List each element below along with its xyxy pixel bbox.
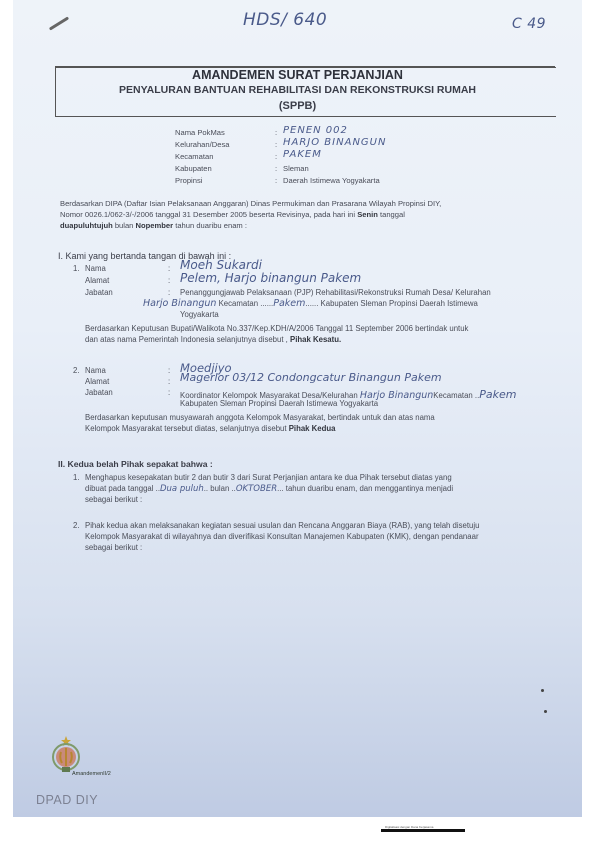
info-value-handwritten: HARJO BINANGUN bbox=[283, 137, 386, 148]
handwritten-kecamatan: Pakem bbox=[273, 298, 305, 309]
intro-line-2: Nomor 0026.1/062-3/-/2006 tanggal 31 Des… bbox=[60, 210, 405, 221]
dust-speck bbox=[544, 710, 547, 713]
handwritten-date: Dua puluh bbox=[160, 484, 204, 494]
stamp-caption: AmandemenII/2 bbox=[72, 771, 111, 777]
handwritten-desa: Harjo Binangun bbox=[143, 298, 216, 309]
party1-basis-line2: dan atas nama Pemerintah Indonesia selan… bbox=[85, 335, 341, 344]
item1-line2: dibuat pada tanggal ..Dua puluh.. bulan … bbox=[85, 484, 453, 494]
item1-line3: sebagai berikut : bbox=[85, 495, 142, 504]
info-value-handwritten: PENEN 002 bbox=[283, 125, 348, 136]
colon: : bbox=[275, 164, 277, 173]
document-subtitle: PENYALURAN BANTUAN REHABILITASI DAN REKO… bbox=[0, 84, 595, 96]
basis-text: dan atas nama Pemerintah Indonesia selan… bbox=[85, 335, 290, 344]
party1-jabatan-line1: Penanggungjawab Pelaksanaan (PJP) Rehabi… bbox=[180, 288, 491, 297]
government-emblem-icon bbox=[50, 736, 82, 774]
colon: : bbox=[275, 152, 277, 161]
colon: : bbox=[168, 388, 170, 397]
item2-line3: sebagai berikut : bbox=[85, 543, 142, 552]
info-label: Propinsi bbox=[175, 176, 270, 185]
scanned-document-page bbox=[13, 0, 582, 817]
party2-jabatan-label: Jabatan bbox=[85, 388, 113, 397]
party1-basis-line1: Berdasarkan Keputusan Bupati/Walikota No… bbox=[85, 324, 468, 333]
colon: : bbox=[275, 176, 277, 185]
party2-basis-line1: Berdasarkan keputusan musyawarah anggota… bbox=[85, 413, 435, 422]
document-title: AMANDEMEN SURAT PERJANJIAN bbox=[0, 68, 595, 82]
item1-line1: Menghapus kesepakatan butir 2 dan butir … bbox=[85, 473, 452, 482]
dust-speck bbox=[541, 689, 544, 692]
pihak-kesatu: Pihak Kesatu. bbox=[290, 335, 341, 344]
item1-text: dibuat pada tanggal .. bbox=[85, 484, 160, 493]
party1-alamat-label: Alamat bbox=[85, 276, 109, 285]
intro-month: Nopember bbox=[136, 221, 174, 230]
intro-line-1: Berdasarkan DIPA (Daftar Isian Pelaksana… bbox=[60, 199, 441, 210]
intro-text: tahun duaribu enam : bbox=[173, 221, 247, 230]
item1-number: 1. bbox=[73, 473, 80, 482]
kecamatan-label: Kecamatan .. bbox=[433, 391, 479, 400]
item2-number: 2. bbox=[73, 521, 80, 530]
party1-alamat-value: Pelem, Harjo binangun Pakem bbox=[180, 271, 361, 285]
colon: : bbox=[275, 140, 277, 149]
handwritten-month: OKTOBER bbox=[236, 484, 277, 494]
basis-text: Kelompok Masyarakat tersebut diatas, sel… bbox=[85, 424, 289, 433]
party1-number: 1. bbox=[73, 264, 80, 273]
colon: : bbox=[168, 276, 170, 285]
party2-basis-line2: Kelompok Masyarakat tersebut diatas, sel… bbox=[85, 424, 336, 433]
party1-jabatan-line3: Yogyakarta bbox=[180, 310, 219, 319]
party1-jabatan-line2: Harjo Binangun Kecamatan ......Pakem....… bbox=[143, 298, 478, 309]
item2-line1: Pihak kedua akan melaksanakan kegiatan s… bbox=[85, 521, 479, 530]
party1-jabatan-label: Jabatan bbox=[85, 288, 113, 297]
handwritten-ref-number: HDS/ 640 bbox=[243, 10, 327, 30]
item1-text: .. bulan .. bbox=[204, 484, 236, 493]
kecamatan-label: Kecamatan ...... bbox=[216, 299, 273, 308]
party2-alamat-label: Alamat bbox=[85, 377, 109, 386]
intro-date: duapuluhtujuh bbox=[60, 221, 113, 230]
footer-bar bbox=[381, 829, 465, 832]
info-value-handwritten: PAKEM bbox=[283, 149, 322, 160]
party2-nama-label: Nama bbox=[85, 366, 106, 375]
intro-text: bulan bbox=[113, 221, 136, 230]
colon: : bbox=[168, 377, 170, 386]
info-label: Kabupaten bbox=[175, 164, 270, 173]
info-label: Kecamatan bbox=[175, 152, 270, 161]
document-abbreviation: (SPPB) bbox=[0, 100, 595, 112]
party2-jabatan-line2: Kabupaten Sleman Propinsi Daerah Istimew… bbox=[180, 399, 378, 408]
intro-day: Senin bbox=[357, 210, 378, 219]
item1-text: ... tahun duaribu enam, dan menggantinya… bbox=[277, 484, 453, 493]
party1-nama-value: Moeh Sukardi bbox=[180, 258, 262, 272]
colon: : bbox=[168, 366, 170, 375]
intro-text: tanggal bbox=[378, 210, 405, 219]
section-2-heading: II. Kedua belah Pihak sepakat bahwa : bbox=[58, 459, 213, 469]
jabatan-rest: ...... Kabupaten Sleman Propinsi Daerah … bbox=[305, 299, 478, 308]
info-label: Kelurahan/Desa bbox=[175, 140, 270, 149]
party2-alamat-value: Magerlor 03/12 Condongcatur Binangun Pak… bbox=[180, 371, 442, 384]
colon: : bbox=[168, 288, 170, 297]
colon: : bbox=[168, 264, 170, 273]
info-value: Sleman bbox=[283, 164, 309, 173]
party1-nama-label: Nama bbox=[85, 264, 106, 273]
handwritten-kecamatan: Pakem bbox=[479, 388, 516, 401]
colon: : bbox=[275, 128, 277, 137]
item2-line2: Kelompok Masyarakat di wilayahnya dan di… bbox=[85, 532, 479, 541]
handwritten-page-mark: C 49 bbox=[512, 16, 546, 32]
info-value: Daerah Istimewa Yogyakarta bbox=[283, 176, 380, 185]
archive-watermark: DPAD DIY bbox=[36, 793, 98, 807]
intro-text: Nomor 0026.1/062-3/-/2006 tanggal 31 Des… bbox=[60, 210, 357, 219]
pihak-kedua: Pihak Kedua bbox=[289, 424, 336, 433]
party2-number: 2. bbox=[73, 366, 80, 375]
info-label: Nama PokMas bbox=[175, 128, 270, 137]
intro-line-3: duapuluhtujuh bulan Nopember tahun duari… bbox=[60, 221, 247, 232]
